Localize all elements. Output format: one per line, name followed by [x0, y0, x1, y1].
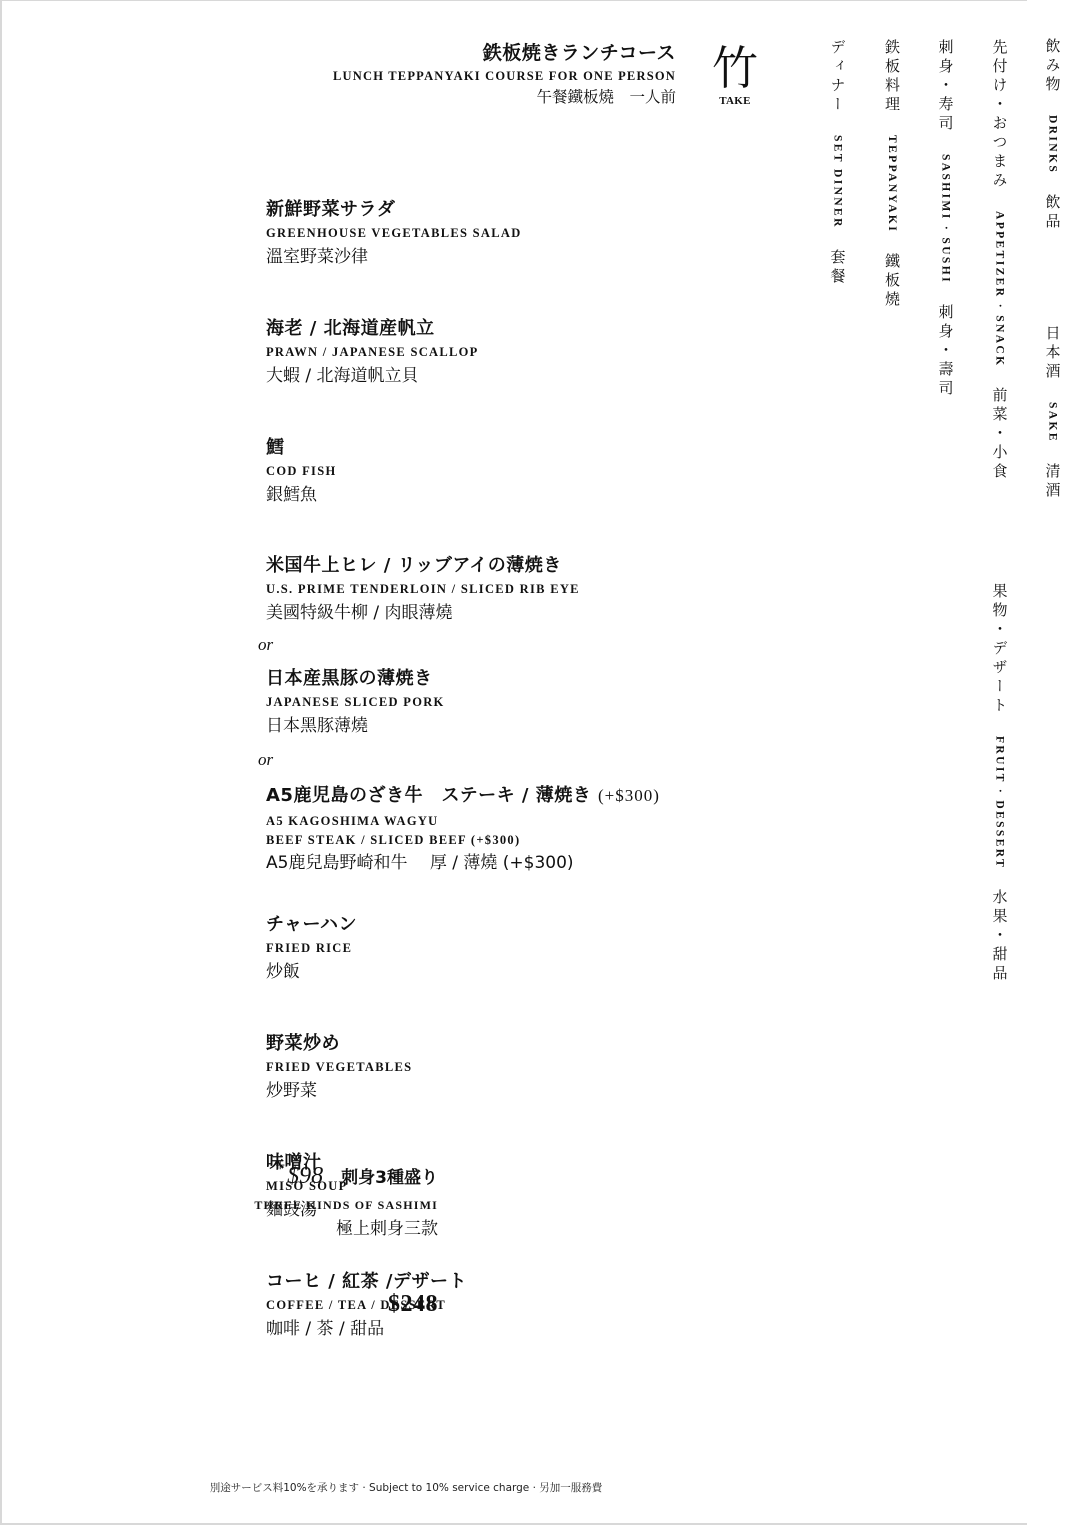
tab-fruit-jp: 果物・デザート — [989, 583, 1011, 716]
course-price: $248 — [388, 1291, 438, 1318]
course-title-zh: 午餐鐵板燒 一人前 — [333, 85, 676, 109]
tab-teppanyaki[interactable]: 鉄板料理 TEPPANYAKI 鐵板燒 — [863, 0, 919, 1525]
item-zh: 炒野菜 — [266, 1078, 412, 1104]
addon-zh: 極上刺身三款 — [254, 1216, 438, 1242]
item-zh: 日本黑豚薄燒 — [266, 713, 445, 739]
item-zh: 美國特級牛柳 / 肉眼薄燒 — [266, 600, 580, 626]
menu-page: 鉄板焼きランチコース LUNCH TEPPANYAKI COURSE FOR O… — [0, 0, 810, 1525]
tab-appetizer-zh: 前菜・小食 — [989, 387, 1011, 482]
addon-jp: 刺身3種盛り — [341, 1163, 438, 1188]
tab-drinks-jp: 飲み物 — [1042, 38, 1064, 95]
item-en: Fried Vegetables — [266, 1057, 412, 1078]
sashimi-addon: +$98 刺身3種盛り THREE KINDS OF SASHIMI 極上刺身三… — [254, 1163, 438, 1242]
addon-en: THREE KINDS OF SASHIMI — [254, 1194, 438, 1216]
item-zh: 炒飯 — [266, 959, 357, 985]
item-zh: 溫室野菜沙律 — [266, 244, 522, 270]
tab-appetizer-jp: 先付け・おつまみ — [989, 39, 1011, 191]
item-jp: 鱈 — [266, 435, 336, 461]
item-zh: 大蝦 / 北海道帆立貝 — [266, 363, 479, 389]
tab-fruit-dessert[interactable]: 果物・デザート FRUIT · DESSERT 水果・甜品 — [972, 583, 1027, 984]
tab-sashimi-zh: 刺身・壽司 — [935, 304, 957, 399]
menu-item-prawn-scallop: 海老 / 北海道産帆立 Prawn / Japanese Scallop 大蝦 … — [266, 316, 479, 389]
or-separator: or — [258, 635, 273, 655]
tab-drinks[interactable]: 飲み物 DRINKS 飲品 日本酒 SAKE 清酒 — [1025, 0, 1080, 1525]
course-title-jp: 鉄板焼きランチコース — [333, 39, 676, 67]
addon-price: +$98 — [287, 1163, 323, 1190]
tab-teppanyaki-en: TEPPANYAKI — [886, 135, 898, 233]
item-jp: 米国牛上ヒレ / リッブアイの薄焼き — [266, 553, 580, 579]
menu-item-us-beef: 米国牛上ヒレ / リッブアイの薄焼き U.S. Prime Tenderloin… — [266, 553, 580, 626]
item-jp: 野菜炒め — [266, 1031, 412, 1057]
tab-set-dinner[interactable]: ディナー SET DINNER 套餐 — [808, 0, 865, 1525]
item-zh: 咖啡 / 茶 / 甜品 — [266, 1316, 467, 1342]
item-jp: 海老 / 北海道産帆立 — [266, 316, 479, 342]
course-kanji: 竹 — [708, 41, 762, 95]
tab-sashimi-jp: 刺身・寿司 — [935, 39, 957, 134]
item-jp-text: A5鹿児島のざき牛 ステーキ / 薄焼き — [266, 785, 591, 806]
menu-item-fried-vegetables: 野菜炒め Fried Vegetables 炒野菜 — [266, 1031, 412, 1104]
addon-price-value: $98 — [287, 1163, 323, 1189]
item-surcharge: (+$300) — [598, 786, 660, 805]
item-jp: 日本産黒豚の薄焼き — [266, 666, 445, 692]
tab-teppanyaki-jp: 鉄板料理 — [881, 39, 903, 115]
tab-sashimi-en: SASHIMI · SUSHI — [940, 154, 952, 284]
item-en: Fried Rice — [266, 938, 357, 959]
tab-sashimi-sushi[interactable]: 刺身・寿司 SASHIMI · SUSHI 刺身・壽司 — [917, 0, 972, 1525]
tab-drinks-en: DRINKS — [1047, 115, 1059, 174]
item-zh: A5鹿兒島野崎和牛 厚 / 薄燒 (+$300) — [266, 850, 660, 876]
course-mark: 竹 TAKE — [708, 41, 762, 107]
tab-set-dinner-en: SET DINNER — [832, 135, 844, 229]
item-en: U.S. Prime Tenderloin / Sliced Rib Eye — [266, 579, 580, 600]
tab-appetizer[interactable]: 先付け・おつまみ APPETIZER · SNACK 前菜・小食 果物・デザート… — [970, 0, 1027, 1525]
tab-fruit-zh: 水果・甜品 — [989, 889, 1011, 984]
item-en: Prawn / Japanese Scallop — [266, 342, 479, 363]
tab-sake[interactable]: 日本酒 SAKE 清酒 — [1025, 325, 1080, 501]
menu-item-fried-rice: チャーハン Fried Rice 炒飯 — [266, 912, 357, 985]
tab-set-dinner-jp: ディナー — [827, 39, 849, 115]
item-jp: チャーハン — [266, 912, 357, 938]
course-roman: TAKE — [708, 95, 762, 107]
menu-content: 鉄板焼きランチコース LUNCH TEPPANYAKI COURSE FOR O… — [2, 1, 810, 1526]
tab-sake-zh: 清酒 — [1042, 463, 1064, 501]
tab-set-dinner-zh: 套餐 — [827, 249, 849, 287]
tab-sake-en: SAKE — [1047, 402, 1059, 443]
item-jp: A5鹿児島のざき牛 ステーキ / 薄焼き (+$300) — [266, 783, 660, 809]
menu-item-salad: 新鮮野菜サラダ Greenhouse Vegetables Salad 溫室野菜… — [266, 197, 522, 270]
service-charge-note: 別途サービス料10%を承ります · Subject to 10% service… — [2, 1480, 810, 1495]
menu-item-pork: 日本産黒豚の薄焼き Japanese Sliced Pork 日本黑豚薄燒 — [266, 666, 445, 739]
plus-icon: + — [275, 1155, 285, 1176]
item-en: A5 Kagoshima Wagyu — [266, 812, 660, 830]
tab-fruit-en: FRUIT · DESSERT — [994, 736, 1006, 869]
item-en: Cod Fish — [266, 461, 336, 482]
tab-drinks-zh: 飲品 — [1042, 194, 1064, 232]
course-title-en: LUNCH TEPPANYAKI COURSE FOR ONE PERSON — [333, 67, 676, 85]
menu-item-cod: 鱈 Cod Fish 銀鱈魚 — [266, 435, 336, 508]
item-en: Japanese Sliced Pork — [266, 692, 445, 713]
or-separator: or — [258, 750, 273, 770]
item-en: Greenhouse Vegetables Salad — [266, 223, 522, 244]
item-zh: 銀鱈魚 — [266, 482, 336, 508]
item-jp: 新鮮野菜サラダ — [266, 197, 522, 223]
menu-item-wagyu: A5鹿児島のざき牛 ステーキ / 薄焼き (+$300) A5 Kagoshim… — [266, 783, 660, 876]
course-header: 鉄板焼きランチコース LUNCH TEPPANYAKI COURSE FOR O… — [333, 39, 676, 109]
item-en-2: Beef Steak / Sliced Beef (+$300) — [266, 830, 660, 850]
tab-teppanyaki-zh: 鐵板燒 — [881, 253, 903, 310]
tab-appetizer-en: APPETIZER · SNACK — [994, 211, 1006, 367]
tab-sake-jp: 日本酒 — [1042, 325, 1064, 382]
